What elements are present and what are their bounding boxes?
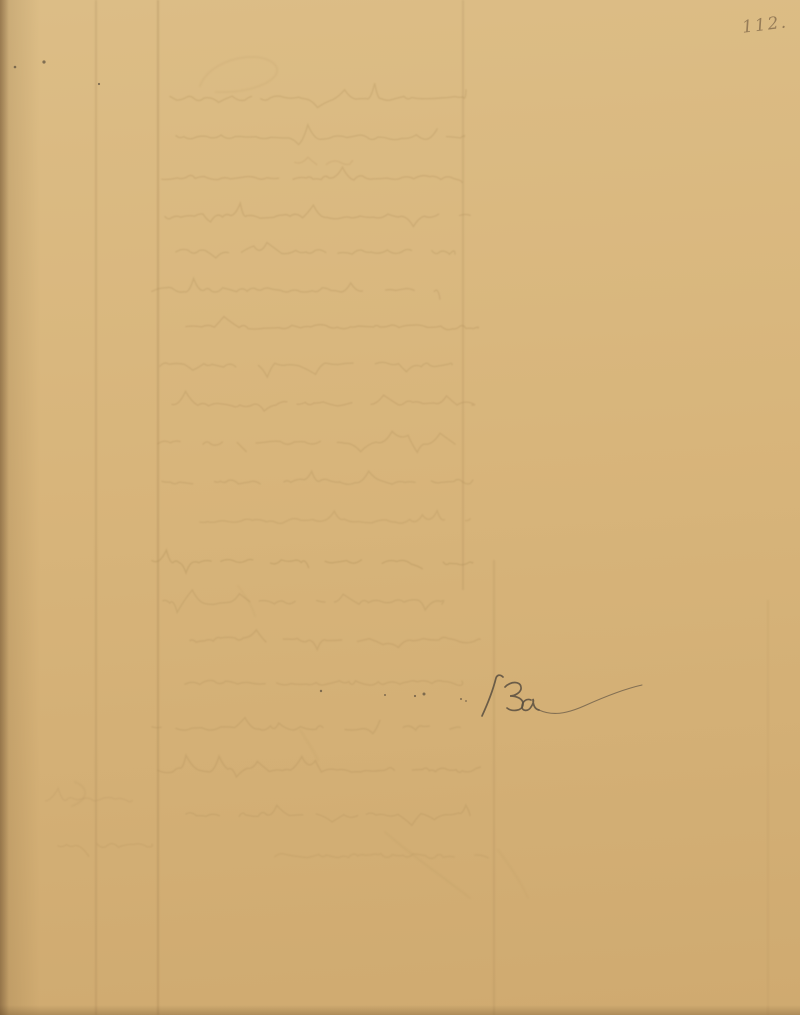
bleedthrough-line	[172, 391, 475, 411]
ink-specks	[14, 60, 467, 701]
bleedthrough-line	[185, 680, 463, 685]
ink-speck	[460, 698, 462, 700]
bleedthrough-line	[152, 279, 440, 300]
bleedthrough-line	[158, 755, 480, 777]
bottom-edge-shadow	[0, 1005, 800, 1015]
signature-leadin-stroke	[482, 675, 503, 716]
bleedthrough-line	[186, 805, 470, 825]
ink-speck	[414, 695, 416, 697]
bleedthrough-line	[186, 317, 478, 330]
ink-speck	[320, 690, 322, 692]
bleedthrough-line	[152, 718, 460, 734]
signature-a-stroke	[522, 699, 539, 710]
ink-speck	[98, 83, 100, 85]
ink-speck	[465, 700, 467, 702]
crease-mark	[238, 586, 255, 616]
bleedthrough-line	[163, 590, 444, 612]
signature-mark	[482, 675, 642, 716]
scanned-page: 112.	[0, 0, 800, 1015]
bleedthrough-writing	[46, 83, 488, 858]
ink-speck	[42, 60, 45, 63]
signature-flourish-tail	[539, 685, 642, 713]
bleedthrough-line	[158, 431, 455, 452]
ink-speck	[384, 694, 386, 696]
bleedthrough-line	[170, 83, 466, 107]
bleedthrough-line	[176, 125, 464, 145]
crease-mark	[498, 850, 528, 898]
bleedthrough-line	[162, 471, 473, 484]
crease-mark	[300, 730, 318, 760]
crease-mark	[72, 782, 85, 806]
bleedthrough-line	[295, 157, 353, 164]
bleedthrough-line	[58, 844, 152, 856]
ink-speck	[423, 693, 426, 696]
bleedthrough-line	[200, 511, 470, 524]
bleedthrough-line	[190, 630, 480, 650]
bleedthrough-line	[152, 550, 473, 573]
bleedthrough-line	[162, 167, 462, 182]
bleedthrough-line	[160, 362, 452, 377]
crease-mark	[200, 57, 277, 92]
bleedthrough-line	[165, 203, 470, 226]
crease-mark	[385, 832, 470, 898]
bleedthrough-line	[275, 854, 488, 859]
signature-b-stroke	[505, 683, 523, 711]
bleedthrough-line	[176, 243, 455, 258]
bleedthrough-line	[46, 788, 132, 801]
page-overlay	[0, 0, 800, 1015]
ink-speck	[14, 66, 17, 69]
